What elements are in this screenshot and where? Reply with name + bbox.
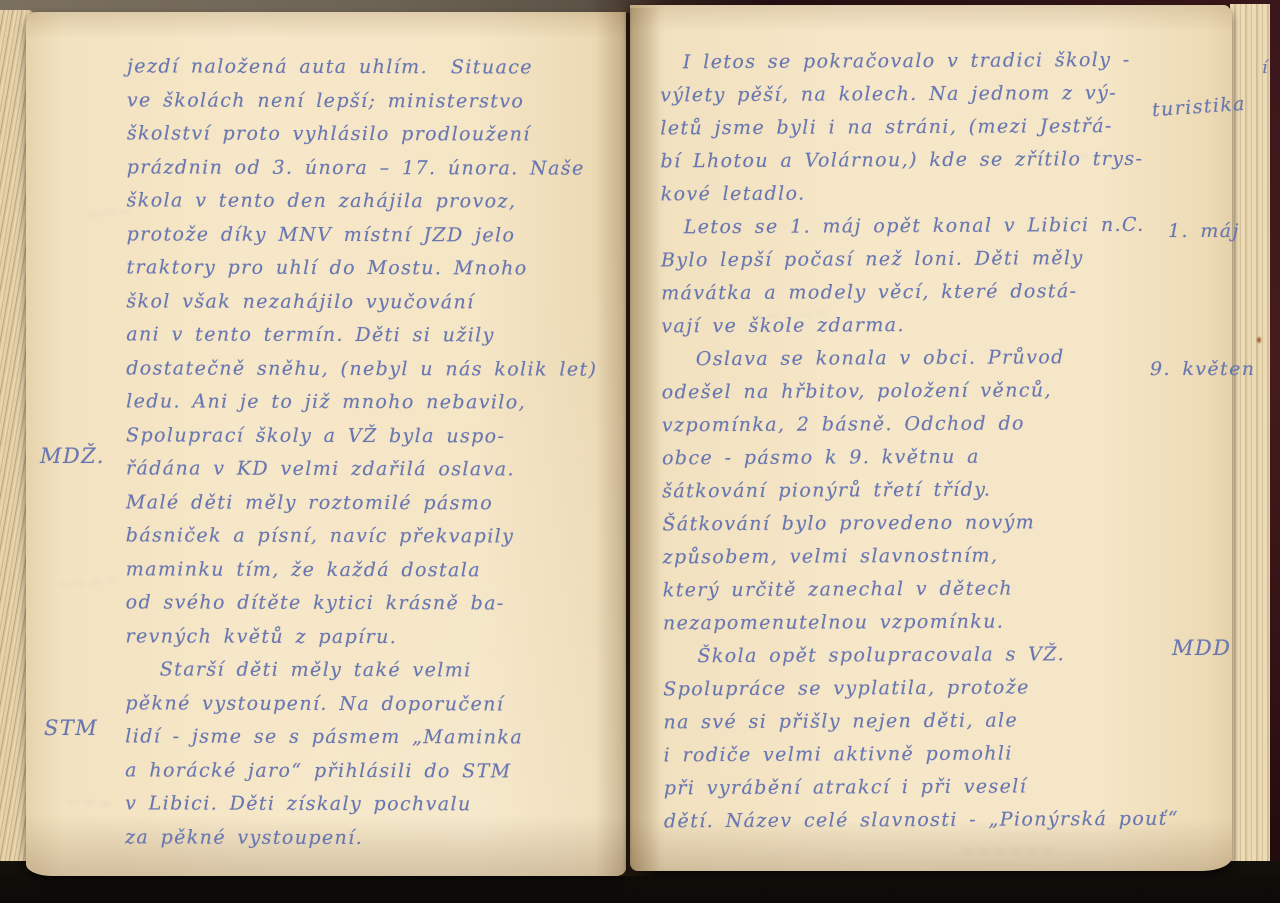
handwritten-line: při vyrábění atrakcí i při veselí — [664, 775, 1179, 811]
margin-note-mdd: MDD — [1172, 636, 1231, 660]
left-page-text: jezdí naložená auta uhlím. Situaceve ško… — [125, 55, 598, 860]
handwritten-line: Spolupráce se vyplatila, protože — [663, 676, 1178, 712]
handwritten-line: způsobem, velmi slavnostním, — [663, 544, 1178, 580]
handwritten-line: a horácké jaro“ přihlásili do STM — [125, 759, 596, 794]
handwritten-line: šátkování pionýrů třetí třídy. — [662, 478, 1177, 514]
handwritten-line: prázdnin od 3. února – 17. února. Naše — [127, 156, 598, 191]
book-spread: ~~~ ~~~~ ~~~ ~~~~~ ~~~ ~~~~~~ jezdí nalo… — [0, 0, 1280, 903]
handwritten-line: škola v tento den zahájila provoz, — [127, 189, 598, 224]
handwritten-line: školství proto vyhlásilo prodloužení — [127, 122, 598, 157]
handwritten-line: Škola opět spolupracovala s VŽ. — [663, 643, 1178, 679]
handwritten-line: ve školách není lepší; ministerstvo — [127, 89, 598, 124]
margin-note-9-kveten: 9. květen — [1150, 358, 1255, 380]
handwritten-line: I letos se pokračovalo v tradici školy - — [660, 49, 1175, 85]
handwritten-line: Starší děti měly také velmi — [125, 658, 596, 693]
handwritten-line: lidí - jsme se s pásmem „Maminka — [125, 725, 596, 760]
page-stack-edge-right — [1230, 4, 1274, 892]
handwritten-line: letů jsme byli i na stráni, (mezi Jestřá… — [660, 115, 1175, 151]
margin-note-1-maj: 1. máj — [1168, 220, 1240, 242]
handwritten-line: ledu. Ani je to již mnoho nebavilo, — [126, 390, 597, 425]
handwritten-line: protože díky MNV místní JZD jelo — [127, 223, 598, 258]
right-page-text: I letos se pokračovalo v tradici školy -… — [660, 49, 1179, 844]
handwritten-line: i rodiče velmi aktivně pomohli — [664, 742, 1179, 778]
show-through-smudge: ~~~~ — [55, 570, 121, 595]
handwritten-line: odešel na hřbitov, položení věnců, — [662, 379, 1177, 415]
handwritten-line: Letos se 1. máj opět konal v Libici n.C. — [661, 214, 1176, 250]
handwritten-line: od svého dítěte kytici krásně ba- — [126, 591, 597, 626]
show-through-smudge: ~~~ — [65, 790, 115, 815]
book-cover-right-edge — [1270, 0, 1280, 903]
handwritten-line: dostatečně sněhu, (nebyl u nás kolik let… — [126, 357, 597, 392]
handwritten-line: v Libici. Děti získaly pochvalu — [125, 792, 596, 827]
margin-note-stm: STM — [44, 716, 98, 740]
margin-note-mdz: MDŽ. — [40, 444, 105, 468]
handwritten-line: vají ve škole zdarma. — [661, 313, 1176, 349]
handwritten-line: revných květů z papíru. — [125, 625, 596, 660]
foxing-spot — [1256, 336, 1262, 344]
handwritten-line: traktory pro uhlí do Mostu. Mnoho — [126, 256, 597, 291]
handwritten-line: Bylo lepší počasí než loni. Děti měly — [661, 247, 1176, 283]
handwritten-line: za pěkné vystoupení. — [125, 826, 596, 861]
handwritten-line: nezapomenutelnou vzpomínku. — [663, 610, 1178, 646]
handwritten-line: mávátka a modely věcí, které dostá- — [661, 280, 1176, 316]
handwritten-line: obce - pásmo k 9. květnu a — [662, 445, 1177, 481]
handwritten-line: řádána v KD velmi zdařilá oslava. — [126, 457, 597, 492]
handwritten-line: výlety pěší, na kolech. Na jednom z vý- — [660, 82, 1175, 118]
handwritten-line: dětí. Název celé slavnosti - „Pionýrská … — [664, 808, 1179, 844]
handwritten-line: vzpomínka, 2 básně. Odchod do — [662, 412, 1177, 448]
page-edge-ink-mark: í — [1262, 58, 1269, 78]
handwritten-line: Spoluprací školy a VŽ byla uspo- — [126, 424, 597, 459]
handwritten-line: jezdí naložená auta uhlím. Situace — [127, 55, 598, 90]
handwritten-line: Oslava se konala v obci. Průvod — [661, 346, 1176, 382]
handwritten-line: na své si přišly nejen děti, ale — [663, 709, 1178, 745]
handwritten-line: bí Lhotou a Volárnou,) kde se zřítilo tr… — [660, 148, 1175, 184]
handwritten-line: Šátkování bylo provedeno novým — [662, 511, 1177, 547]
handwritten-line: který určitě zanechal v dětech — [663, 577, 1178, 613]
handwritten-line: Malé děti měly roztomilé pásmo — [126, 491, 597, 526]
show-through-smudge: ~~~~~~ — [960, 840, 1057, 861]
handwritten-line: pěkné vystoupení. Na doporučení — [125, 692, 596, 727]
handwritten-line: básniček a písní, navíc překvapily — [126, 524, 597, 559]
handwritten-line: škol však nezahájilo vyučování — [126, 290, 597, 325]
handwritten-line: maminku tím, že každá dostala — [126, 558, 597, 593]
handwritten-line: kové letadlo. — [661, 181, 1176, 217]
handwritten-line: ani v tento termín. Děti si užily — [126, 323, 597, 358]
